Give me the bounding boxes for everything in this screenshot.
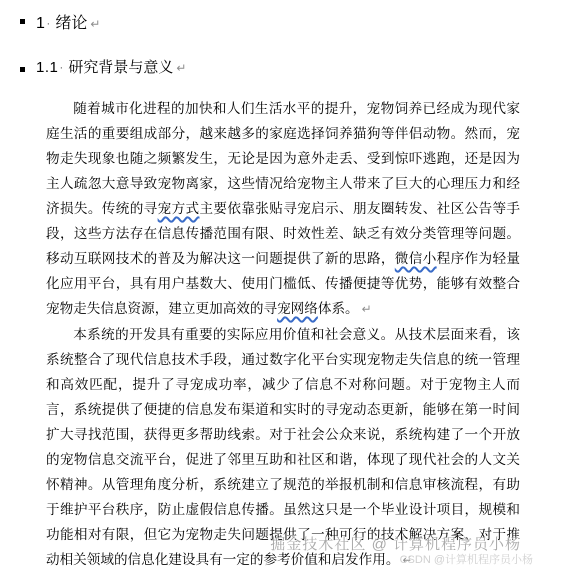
body-paragraph-1: 随着城市化进程的加快和人们生活水平的提升，宠物饲养已经成为现代家庭生活的重要组成… bbox=[46, 96, 520, 322]
grammar-checked-text: 宠方式 bbox=[158, 201, 200, 216]
outline-square-icon bbox=[20, 19, 25, 24]
body-paragraph-2: 本系统的开发具有重要的实际应用价值和社会意义。从技术层面来看，该系统整合了现代信… bbox=[46, 322, 520, 569]
outline-square-icon bbox=[20, 67, 25, 72]
heading-section-number: 1.1 bbox=[36, 59, 58, 76]
body-text: 本系统的开发具有重要的实际应用价值和社会意义。从技术层面来看，该系统整合了现代信… bbox=[46, 327, 520, 567]
document-page[interactable]: 1·绪论↵ 1.1·研究背景与意义↵ 随着城市化进程的加快和人们生活水平的提升，… bbox=[0, 0, 561, 569]
heading-section: 1.1·研究背景与意义↵ bbox=[36, 56, 520, 79]
paragraph-mark: ↵ bbox=[90, 17, 100, 31]
body-text: 随着城市化进程的加快和人们生活水平的提升，宠物饲养已经成为现代家庭生活的重要组成… bbox=[46, 101, 520, 216]
heading-chapter: 1·绪论↵ bbox=[36, 12, 520, 35]
body-text: 体系。 bbox=[318, 301, 359, 316]
space-mark: · bbox=[46, 16, 50, 30]
paragraph-mark: ↵ bbox=[176, 61, 186, 75]
space-mark: · bbox=[59, 60, 63, 74]
grammar-checked-text: 微信小 bbox=[395, 251, 437, 266]
paragraph-mark: ↵ bbox=[402, 553, 412, 567]
grammar-checked-text: 宠网络 bbox=[277, 301, 318, 316]
heading-chapter-number: 1 bbox=[36, 15, 45, 32]
paragraph-mark: ↵ bbox=[362, 302, 372, 316]
heading-chapter-title: 绪论 bbox=[55, 15, 87, 32]
heading-section-title: 研究背景与意义 bbox=[68, 59, 173, 76]
